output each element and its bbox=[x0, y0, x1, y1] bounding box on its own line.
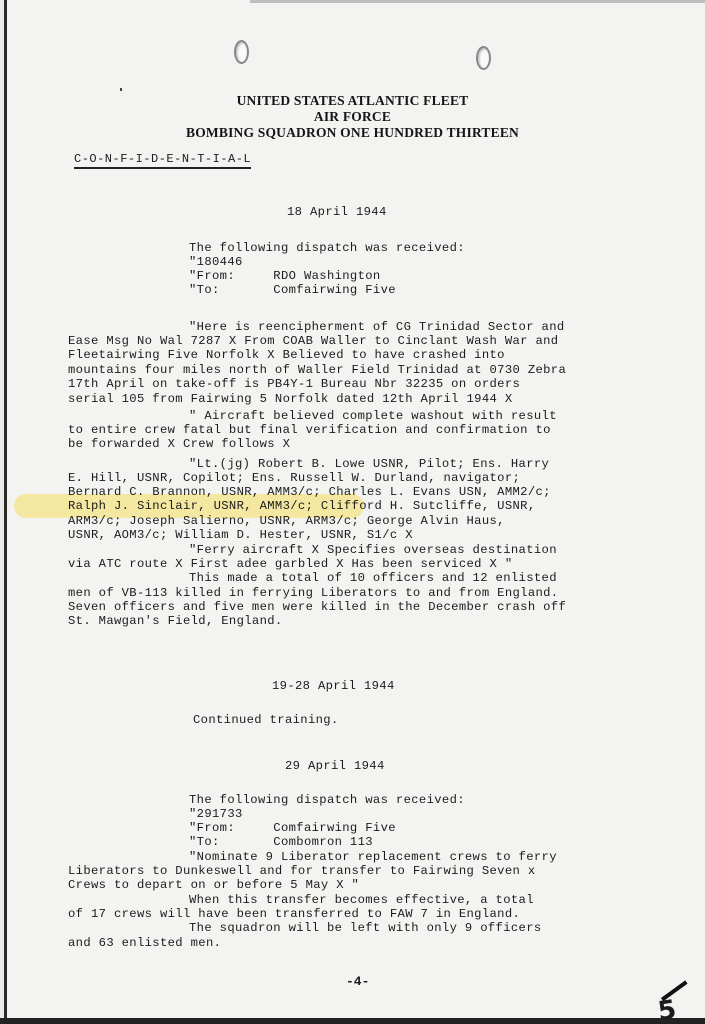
page-edge bbox=[250, 0, 705, 3]
text-line: 17th April on take-off is PB4Y-1 Bureau … bbox=[68, 377, 520, 391]
text-line: "291733 bbox=[189, 807, 243, 821]
text-line: Ralph J. Sinclair, USNR, AMM3/c; Cliffor… bbox=[68, 499, 536, 513]
text-line: "From: Comfairwing Five bbox=[189, 821, 396, 835]
text-line: to entire crew fatal but final verificat… bbox=[68, 423, 551, 437]
entry-date: 29 April 1944 bbox=[285, 759, 385, 773]
text-line: be forwarded X Crew follows X bbox=[68, 437, 290, 451]
text-line: E. Hill, USNR, Copilot; Ens. Russell W. … bbox=[68, 471, 520, 485]
header-line-1: UNITED STATES ATLANTIC FLEET bbox=[0, 93, 705, 109]
header-line-3: BOMBING SQUADRON ONE HUNDRED THIRTEEN bbox=[0, 125, 705, 141]
text-line: USNR, AOM3/c; William D. Hester, USNR, S… bbox=[68, 528, 413, 542]
text-line: via ATC route X First adee garbled X Has… bbox=[68, 557, 513, 571]
text-line: The following dispatch was received: bbox=[189, 241, 465, 255]
text-line: Ease Msg No Wal 7287 X From COAB Waller … bbox=[68, 334, 558, 348]
text-line: When this transfer becomes effective, a … bbox=[189, 893, 534, 907]
text-line: men of VB-113 killed in ferrying Liberat… bbox=[68, 586, 558, 600]
text-line: "180446 bbox=[189, 255, 243, 269]
speck bbox=[120, 88, 122, 91]
text-line: "From: RDO Washington bbox=[189, 269, 381, 283]
text-line: "Here is reencipherment of CG Trinidad S… bbox=[189, 320, 565, 334]
text-line: " Aircraft believed complete washout wit… bbox=[189, 409, 557, 423]
text-line: This made a total of 10 officers and 12 … bbox=[189, 571, 557, 585]
text-line: St. Mawgan's Field, England. bbox=[68, 614, 283, 628]
header-line-2: AIR FORCE bbox=[0, 109, 705, 125]
punch-hole-icon bbox=[476, 46, 491, 70]
text-line: The squadron will be left with only 9 of… bbox=[189, 921, 542, 935]
text-line: Fleetairwing Five Norfolk X Believed to … bbox=[68, 348, 505, 362]
page-number: -4- bbox=[346, 974, 369, 989]
text-line: "Nominate 9 Liberator replacement crews … bbox=[189, 850, 557, 864]
text-line: Crews to depart on or before 5 May X " bbox=[68, 878, 359, 892]
text-line: "Lt.(jg) Robert B. Lowe USNR, Pilot; Ens… bbox=[189, 457, 549, 471]
page-edge-bottom bbox=[0, 1018, 705, 1024]
entry-date: 19-28 April 1944 bbox=[272, 679, 395, 693]
text-line: Liberators to Dunkeswell and for transfe… bbox=[68, 864, 536, 878]
text-line: mountains four miles north of Waller Fie… bbox=[68, 363, 566, 377]
text-line: "To: Comfairwing Five bbox=[189, 283, 396, 297]
text-line: Seven officers and five men were killed … bbox=[68, 600, 566, 614]
punch-hole-icon bbox=[234, 40, 249, 64]
classification-mark: C-O-N-F-I-D-E-N-T-I-A-L bbox=[74, 152, 251, 169]
entry-date: 18 April 1944 bbox=[287, 205, 387, 219]
text-line: The following dispatch was received: bbox=[189, 793, 465, 807]
text-line: Bernard C. Brannon, USNR, AMM3/c; Charle… bbox=[68, 485, 551, 499]
text-line: and 63 enlisted men. bbox=[68, 936, 221, 950]
text-line: ARM3/c; Joseph Salierno, USNR, ARM3/c; G… bbox=[68, 514, 505, 528]
text-line: of 17 crews will have been transferred t… bbox=[68, 907, 520, 921]
text-line: "Ferry aircraft X Specifies overseas des… bbox=[189, 543, 557, 557]
text-line: "To: Combomron 113 bbox=[189, 835, 373, 849]
text-line: Continued training. bbox=[193, 713, 339, 727]
text-line: serial 105 from Fairwing 5 Norfolk dated… bbox=[68, 392, 513, 406]
